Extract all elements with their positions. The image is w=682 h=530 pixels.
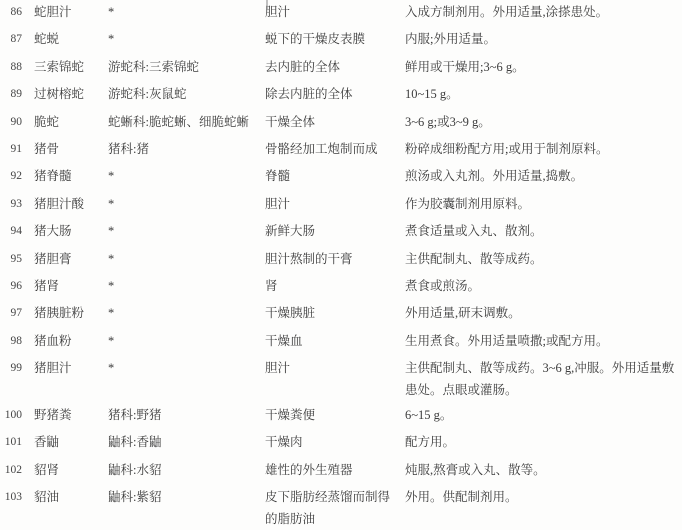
part-cell: 去内脏的全体 — [253, 57, 393, 79]
name-cell: 貂油 — [22, 487, 96, 509]
part-cell: 蜕下的干燥皮表膜 — [253, 29, 393, 51]
row-number: 99 — [0, 358, 22, 380]
part-cell: 脊髓 — [253, 166, 393, 188]
part-cell: 胆汁 — [253, 358, 393, 380]
source-cell: * — [96, 249, 253, 271]
usage-cell: 10~15 g。 — [393, 84, 682, 106]
part-cell: 胆汁熬制的干膏 — [253, 249, 393, 271]
part-cell: 皮下脂肪经蒸馏而制得的脂肪油 — [253, 487, 393, 530]
table-row: 95 猪胆膏 * 胆汁熬制的干膏 主供配制丸、散等成药。 — [0, 249, 682, 276]
part-cell: 雄性的外生殖器 — [253, 460, 393, 482]
source-cell: * — [96, 2, 253, 24]
table-row: 86 蛇胆汁 * 胆汁 入成方制剂用。外用适量,涂搽患处。 — [0, 2, 682, 29]
usage-cell: 作为胶囊制剂用原料。 — [393, 194, 682, 216]
name-cell: 貂肾 — [22, 460, 96, 482]
row-number: 102 — [0, 460, 22, 482]
row-number: 87 — [0, 29, 22, 51]
row-number: 101 — [0, 432, 22, 454]
table-row: 92 猪脊髓 * 脊髓 煎汤或入丸剂。外用适量,捣敷。 — [0, 166, 682, 193]
scanned-document-page: 86 蛇胆汁 * 胆汁 入成方制剂用。外用适量,涂搽患处。 87 蛇蜕 * 蜕下… — [0, 0, 682, 530]
name-cell: 猪脊髓 — [22, 166, 96, 188]
source-cell: * — [96, 29, 253, 51]
usage-cell: 生用煮食。外用适量喷撒;或配方用。 — [393, 331, 682, 353]
usage-cell: 主供配制丸、散等成药。 — [393, 249, 682, 271]
source-cell: * — [96, 303, 253, 325]
part-cell: 除去内脏的全体 — [253, 84, 393, 106]
source-cell: * — [96, 194, 253, 216]
name-cell: 猪胆膏 — [22, 249, 96, 271]
source-cell: * — [96, 331, 253, 353]
table-row: 93 猪胆汁酸 * 胆汁 作为胶囊制剂用原料。 — [0, 194, 682, 221]
usage-cell: 粉碎成细粉配方用;或用于制剂原料。 — [393, 139, 682, 161]
name-cell: 蛇蜕 — [22, 29, 96, 51]
part-cell: 干燥肉 — [253, 432, 393, 454]
part-cell: 骨骼经加工炮制而成 — [253, 139, 393, 161]
table-row: 100 野猪粪 猪科:野猪 干燥粪便 6~15 g。 — [0, 405, 682, 432]
name-cell: 猪骨 — [22, 139, 96, 161]
row-number: 86 — [0, 2, 22, 24]
row-number: 89 — [0, 84, 22, 106]
row-number: 96 — [0, 276, 22, 298]
name-cell: 蛇胆汁 — [22, 2, 96, 24]
source-cell: * — [96, 276, 253, 298]
part-cell: 胆汁 — [253, 2, 393, 24]
usage-cell: 外用。供配制剂用。 — [393, 487, 682, 509]
source-cell: 鼬科:水貂 — [96, 460, 253, 482]
source-cell: 游蛇科:三索锦蛇 — [96, 57, 253, 79]
source-cell: 鼬科:紫貂 — [96, 487, 253, 509]
name-cell: 猪血粉 — [22, 331, 96, 353]
row-number: 90 — [0, 112, 22, 134]
usage-cell: 3~6 g;或3~9 g。 — [393, 112, 682, 134]
name-cell: 脆蛇 — [22, 112, 96, 134]
row-number: 97 — [0, 303, 22, 325]
table-row: 98 猪血粉 * 干燥血 生用煮食。外用适量喷撒;或配方用。 — [0, 331, 682, 358]
medicinal-materials-table: 86 蛇胆汁 * 胆汁 入成方制剂用。外用适量,涂搽患处。 87 蛇蜕 * 蜕下… — [0, 2, 682, 530]
table-row: 89 过树榕蛇 游蛇科:灰鼠蛇 除去内脏的全体 10~15 g。 — [0, 84, 682, 111]
usage-cell: 内服;外用适量。 — [393, 29, 682, 51]
part-cell: 干燥血 — [253, 331, 393, 353]
source-cell: * — [96, 166, 253, 188]
name-cell: 猪胰脏粉 — [22, 303, 96, 325]
row-number: 88 — [0, 57, 22, 79]
usage-cell: 主供配制丸、散等成药。3~6 g,冲服。外用适量敷患处。点眼或灌肠。 — [393, 358, 682, 401]
table-row: 97 猪胰脏粉 * 干燥胰脏 外用适量,研末调敷。 — [0, 303, 682, 330]
name-cell: 香鼬 — [22, 432, 96, 454]
usage-cell: 炖服,熬膏或入丸、散等。 — [393, 460, 682, 482]
table-row: 90 脆蛇 蛇蜥科:脆蛇蜥、细脆蛇蜥 干燥全体 3~6 g;或3~9 g。 — [0, 112, 682, 139]
table-row: 99 猪胆汁 * 胆汁 主供配制丸、散等成药。3~6 g,冲服。外用适量敷患处。… — [0, 358, 682, 405]
usage-cell: 煮食适量或入丸、散剂。 — [393, 221, 682, 243]
table-row: 101 香鼬 鼬科:香鼬 干燥肉 配方用。 — [0, 432, 682, 459]
source-cell: 蛇蜥科:脆蛇蜥、细脆蛇蜥 — [96, 112, 253, 134]
part-cell: 干燥胰脏 — [253, 303, 393, 325]
table-row: 91 猪骨 猪科:猪 骨骼经加工炮制而成 粉碎成细粉配方用;或用于制剂原料。 — [0, 139, 682, 166]
row-number: 103 — [0, 487, 22, 509]
part-cell: 新鲜大肠 — [253, 221, 393, 243]
table-row: 96 猪肾 * 肾 煮食或煎汤。 — [0, 276, 682, 303]
part-cell: 胆汁 — [253, 194, 393, 216]
part-cell: 干燥全体 — [253, 112, 393, 134]
row-number: 95 — [0, 249, 22, 271]
source-cell: 猪科:猪 — [96, 139, 253, 161]
scan-artifact-mark — [266, 0, 268, 9]
source-cell: 猪科:野猪 — [96, 405, 253, 427]
name-cell: 野猪粪 — [22, 405, 96, 427]
source-cell: * — [96, 358, 253, 380]
usage-cell: 6~15 g。 — [393, 405, 682, 427]
name-cell: 三索锦蛇 — [22, 57, 96, 79]
table-row: 88 三索锦蛇 游蛇科:三索锦蛇 去内脏的全体 鲜用或干燥用;3~6 g。 — [0, 57, 682, 84]
table-row: 87 蛇蜕 * 蜕下的干燥皮表膜 内服;外用适量。 — [0, 29, 682, 56]
row-number: 98 — [0, 331, 22, 353]
row-number: 94 — [0, 221, 22, 243]
row-number: 92 — [0, 166, 22, 188]
table-row: 102 貂肾 鼬科:水貂 雄性的外生殖器 炖服,熬膏或入丸、散等。 — [0, 460, 682, 487]
name-cell: 猪肾 — [22, 276, 96, 298]
name-cell: 过树榕蛇 — [22, 84, 96, 106]
source-cell: 鼬科:香鼬 — [96, 432, 253, 454]
usage-cell: 配方用。 — [393, 432, 682, 454]
source-cell: 游蛇科:灰鼠蛇 — [96, 84, 253, 106]
name-cell: 猪胆汁 — [22, 358, 96, 380]
usage-cell: 煎汤或入丸剂。外用适量,捣敷。 — [393, 166, 682, 188]
usage-cell: 外用适量,研末调敷。 — [393, 303, 682, 325]
usage-cell: 煮食或煎汤。 — [393, 276, 682, 298]
row-number: 93 — [0, 194, 22, 216]
source-cell: * — [96, 221, 253, 243]
table-row: 94 猪大肠 * 新鲜大肠 煮食适量或入丸、散剂。 — [0, 221, 682, 248]
part-cell: 肾 — [253, 276, 393, 298]
name-cell: 猪大肠 — [22, 221, 96, 243]
row-number: 91 — [0, 139, 22, 161]
table-row: 103 貂油 鼬科:紫貂 皮下脂肪经蒸馏而制得的脂肪油 外用。供配制剂用。 — [0, 487, 682, 530]
row-number: 100 — [0, 405, 22, 427]
part-cell: 干燥粪便 — [253, 405, 393, 427]
usage-cell: 鲜用或干燥用;3~6 g。 — [393, 57, 682, 79]
usage-cell: 入成方制剂用。外用适量,涂搽患处。 — [393, 2, 682, 24]
name-cell: 猪胆汁酸 — [22, 194, 96, 216]
